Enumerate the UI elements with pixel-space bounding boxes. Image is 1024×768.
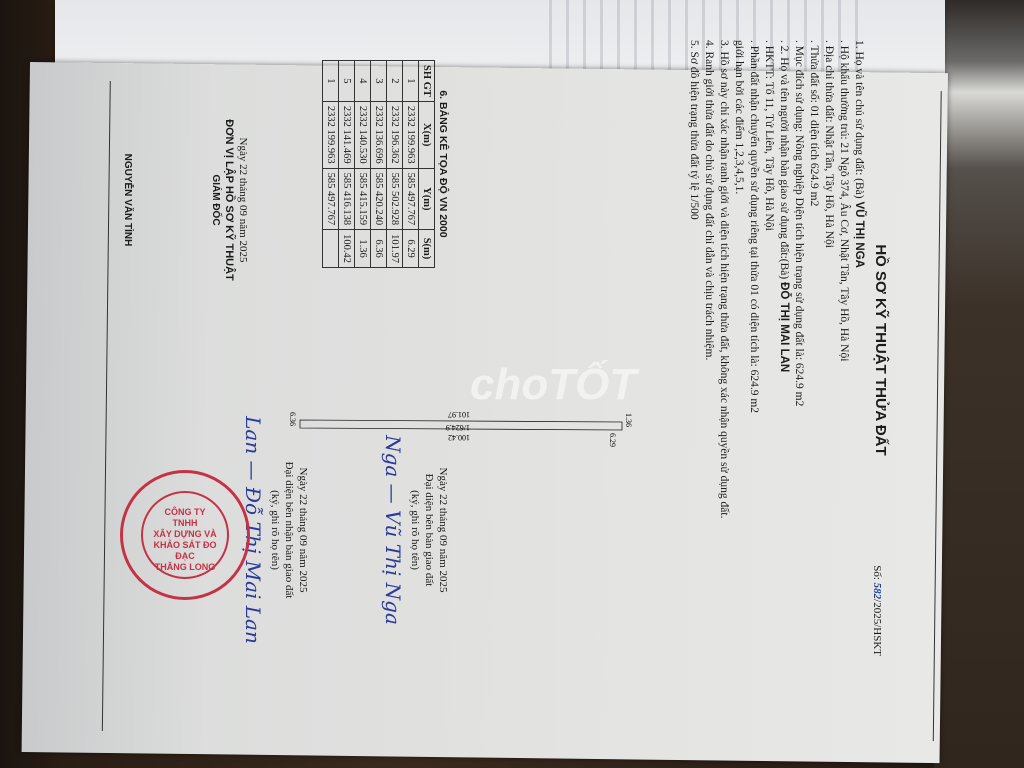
giver-note: (ký, ghi rõ họ tên) bbox=[408, 410, 422, 650]
receiver-date: Ngày 22 tháng 09 năm 2025 bbox=[296, 410, 310, 650]
svg-text:6.29: 6.29 bbox=[608, 433, 617, 447]
receiver-signature-block: Ngày 22 tháng 09 năm 2025 Đại diện bên n… bbox=[246, 410, 310, 650]
giver-role: Đại diện bên bàn giao đất bbox=[422, 410, 436, 650]
stamp-inner-text: CÔNG TYTNHHXÂY DỰNG VÀKHẢO SÁT ĐO ĐẠCTHĂ… bbox=[141, 491, 229, 579]
unit-org: ĐƠN VỊ LẬP HỒ SƠ KỸ THUẬT bbox=[222, 50, 236, 350]
unit-title: GIÁM ĐỐC bbox=[208, 50, 222, 350]
unit-date: Ngày 22 tháng 09 năm 2025 bbox=[236, 50, 250, 350]
coordinate-table-row: 22332 196.362585 502.928101.97 bbox=[387, 61, 403, 268]
unit-director-name: NGUYỄN VĂN TÌNH bbox=[120, 50, 134, 350]
receiver-role: Đại diện bên nhận bàn giao đất bbox=[282, 410, 296, 650]
svg-text:100.42: 100.42 bbox=[448, 433, 470, 442]
giver-signature-block: Ngày 22 tháng 09 năm 2025 Đại diện bên b… bbox=[386, 410, 450, 650]
coordinate-table-row: 52332 141.469585 416.138100.42 bbox=[339, 61, 355, 268]
svg-text:101.97: 101.97 bbox=[448, 410, 470, 419]
watermark: choTỐT bbox=[470, 360, 636, 410]
coordinate-table-row: 42332 140.530585 415.1591.36 bbox=[355, 61, 371, 268]
coordinate-table-header: X(m) bbox=[419, 101, 435, 168]
coordinate-table: 6. BẢNG KÊ TỌA ĐỘ VN 2000 SH GTX(m)Y(m)S… bbox=[322, 60, 450, 268]
table-background-reflection bbox=[934, 0, 1024, 768]
coordinate-table-header: S(m) bbox=[419, 230, 435, 268]
company-stamp: CÔNG TYTNHHXÂY DỰNG VÀKHẢO SÁT ĐO ĐẠCTHĂ… bbox=[120, 470, 250, 600]
giver-handwritten-signature: Nga — Vũ Thị Nga bbox=[386, 410, 400, 650]
coordinate-table-row: 12332 199.963585 497.7676.29 bbox=[403, 61, 419, 268]
receiver-note: (ký, ghi rõ họ tên) bbox=[268, 410, 282, 650]
coordinate-table-row: 12332 199.963585 497.767 bbox=[323, 61, 339, 268]
parcel-label: 1.36 bbox=[624, 413, 633, 427]
coordinate-table-row: 32332 136.696585 420.2406.36 bbox=[371, 61, 387, 268]
coordinate-table-header: Y(m) bbox=[419, 168, 435, 230]
unit-signature-block: Ngày 22 tháng 09 năm 2025 ĐƠN VỊ LẬP HỒ … bbox=[120, 50, 250, 350]
giver-date: Ngày 22 tháng 09 năm 2025 bbox=[436, 410, 450, 650]
coordinate-table-header: SH GT bbox=[419, 61, 435, 102]
coordinate-table-title: 6. BẢNG KÊ TỌA ĐỘ VN 2000 bbox=[435, 60, 450, 268]
